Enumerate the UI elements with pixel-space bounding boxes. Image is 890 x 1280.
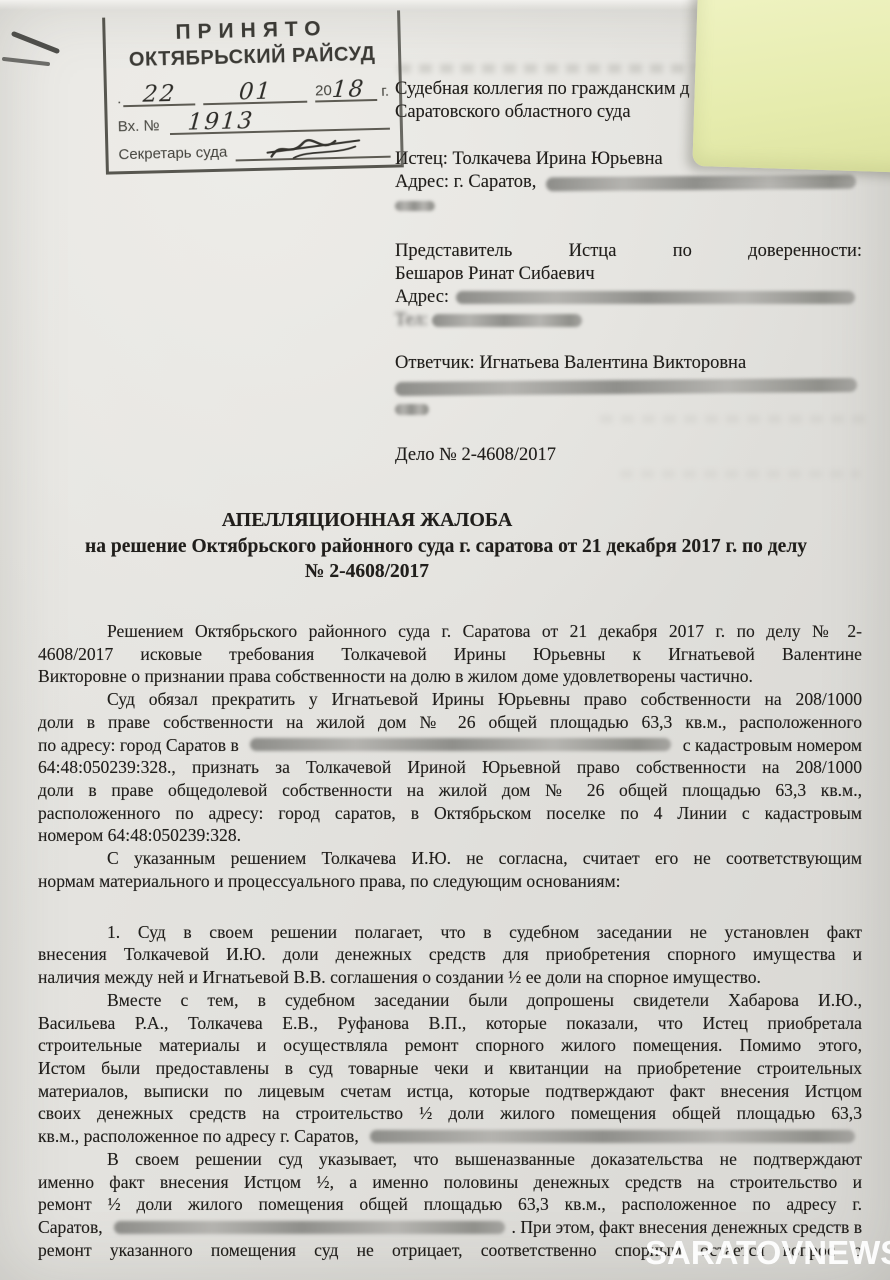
- body-line-3: Викторовне о признании права собственнос…: [38, 665, 862, 688]
- body-line-23: В своем решении суд указывает, что вышен…: [38, 1148, 862, 1171]
- defendant-line: Ответчик: Игнатьева Валентина Викторовна: [395, 352, 862, 375]
- document-subtitle: на решение Октябрьского районного суда г…: [30, 536, 862, 558]
- representative-line: Представитель Истца по доверенности:: [395, 240, 862, 263]
- body-line-13: 1. Суд в своем решении полагает, что в с…: [38, 921, 862, 944]
- body-text-fragment: кв.м., расположенное по адресу г. Сарато…: [38, 1125, 363, 1148]
- redacted-text: [432, 314, 582, 327]
- body-line-18: строительные материалы и осуществляла ре…: [38, 1034, 862, 1057]
- stamp-year-suffix: г.: [381, 82, 389, 101]
- case-number-line: Дело № 2-4608/2017: [395, 444, 862, 467]
- redacted-text: [370, 1130, 855, 1143]
- redacted-text: [114, 1221, 504, 1234]
- stamp-secretary-row: Секретарь суда: [108, 131, 401, 164]
- body-line-2: 4608/2017 исковые требования Толкачевой …: [38, 643, 862, 666]
- bleed-through-smudge: [620, 470, 860, 478]
- stamp-handwritten-month: 01: [238, 82, 273, 103]
- body-line-8: доли в праве общедолевой собственности н…: [38, 779, 862, 802]
- stamp-incoming-number-row: Вх. № 1913: [107, 102, 400, 136]
- body-line-7: 64:48:050239:328., признать за Толкачево…: [38, 756, 862, 779]
- defendant-address-continuation: [395, 398, 862, 421]
- body-line-1: Решением Октябрьского районного суда г. …: [38, 620, 862, 643]
- stamp-dot-mark: .: [117, 91, 122, 107]
- redacted-text: [395, 404, 429, 415]
- representative-address-label: Адрес:: [395, 286, 449, 309]
- stamp-handwritten-number: 1913: [187, 111, 255, 133]
- defendant-address-line: [395, 375, 862, 398]
- body-line-21: своих денежных средств на строительство …: [38, 1102, 862, 1125]
- watermark-name: SARATOVNEWS: [645, 1234, 890, 1271]
- body-line-9: расположенного по адресу: город саратов,…: [38, 802, 862, 825]
- body-line-4: Суд обязал прекратить у Игнатьевой Ирины…: [38, 688, 862, 711]
- stamp-handwritten-year: 18: [331, 79, 366, 100]
- redacted-text: [395, 201, 435, 211]
- document-title-case-number: № 2-4608/2017: [0, 561, 734, 583]
- body-line-17: Васильева Р.А., Толкачева Е.В., Руфанова…: [38, 1012, 862, 1035]
- representative-address-line: Адрес:: [395, 286, 862, 309]
- plaintiff-address-label: Адрес: г. Саратов,: [395, 171, 536, 194]
- phone-line: Тел:: [395, 309, 862, 332]
- body-line-6: по адресу: город Саратов в с кадастровым…: [38, 734, 862, 757]
- body-line-16: Вместе с тем, в судебном заседании были …: [38, 989, 862, 1012]
- stamp-incoming-label: Вх. №: [118, 116, 160, 136]
- stamp-secretary-label: Секретарь суда: [118, 143, 227, 165]
- watermark: SARATOVNEWS.RU: [645, 1234, 890, 1272]
- body-text-fragment: по адресу: город Саратов в: [38, 734, 243, 757]
- document-body: Решением Октябрьского районного суда г. …: [38, 620, 862, 1261]
- body-text-fragment: с кадастровым номером: [678, 734, 862, 757]
- plaintiff-address-line: Адрес: г. Саратов,: [395, 171, 862, 194]
- redacted-text: [395, 377, 857, 395]
- sticky-note: [692, 0, 890, 173]
- body-line-22: кв.м., расположенное по адресу г. Сарато…: [38, 1125, 862, 1148]
- body-line-15: наличия между ней и Игнатьевой В.В. согл…: [38, 966, 862, 989]
- redacted-text: [546, 174, 856, 191]
- staple-icon: [0, 10, 70, 70]
- body-line-11: С указанным решением Толкачева И.Ю. не с…: [38, 847, 862, 870]
- phone-label: Тел:: [395, 309, 428, 332]
- body-line-19: Истом были предоставлены в суд товарные …: [38, 1057, 862, 1080]
- scanned-court-document-page: ПРИНЯТО ОКТЯБРЬСКИЙ РАЙСУД . 22 01 2018 …: [0, 0, 890, 1280]
- stamp-handwritten-day: 22: [142, 84, 177, 105]
- plaintiff-address-continuation: [395, 194, 862, 217]
- secretary-signature: [263, 132, 374, 165]
- body-line-10: номером 64:48:050239:328.: [38, 824, 862, 847]
- redacted-text: [250, 738, 671, 751]
- court-received-stamp: ПРИНЯТО ОКТЯБРЬСКИЙ РАЙСУД . 22 01 2018 …: [102, 10, 404, 174]
- body-text-fragment: Саратов,: [38, 1216, 107, 1239]
- representative-name: Бешаров Ринат Сибаевич: [395, 263, 862, 286]
- document-title: АПЕЛЛЯЦИОННАЯ ЖАЛОБА: [0, 509, 734, 532]
- body-line-14: внесения Толкачевой И.Ю. доли денежных с…: [38, 943, 862, 966]
- body-line-24: именно факт внесения Истцом ½, а именно …: [38, 1171, 862, 1194]
- redacted-text: [456, 291, 855, 304]
- body-line-12: нормам материального и процессуального п…: [38, 870, 862, 893]
- body-line-25: ремонт ½ доли жилого помещения общей пло…: [38, 1193, 862, 1216]
- bleed-through-smudge: [398, 64, 694, 73]
- stamp-year-printed: 20: [315, 81, 332, 100]
- body-line-5: доли в праве собственности на жилой дом …: [38, 711, 862, 734]
- body-line-20: материалов, выписки по лицевым счетам ис…: [38, 1080, 862, 1103]
